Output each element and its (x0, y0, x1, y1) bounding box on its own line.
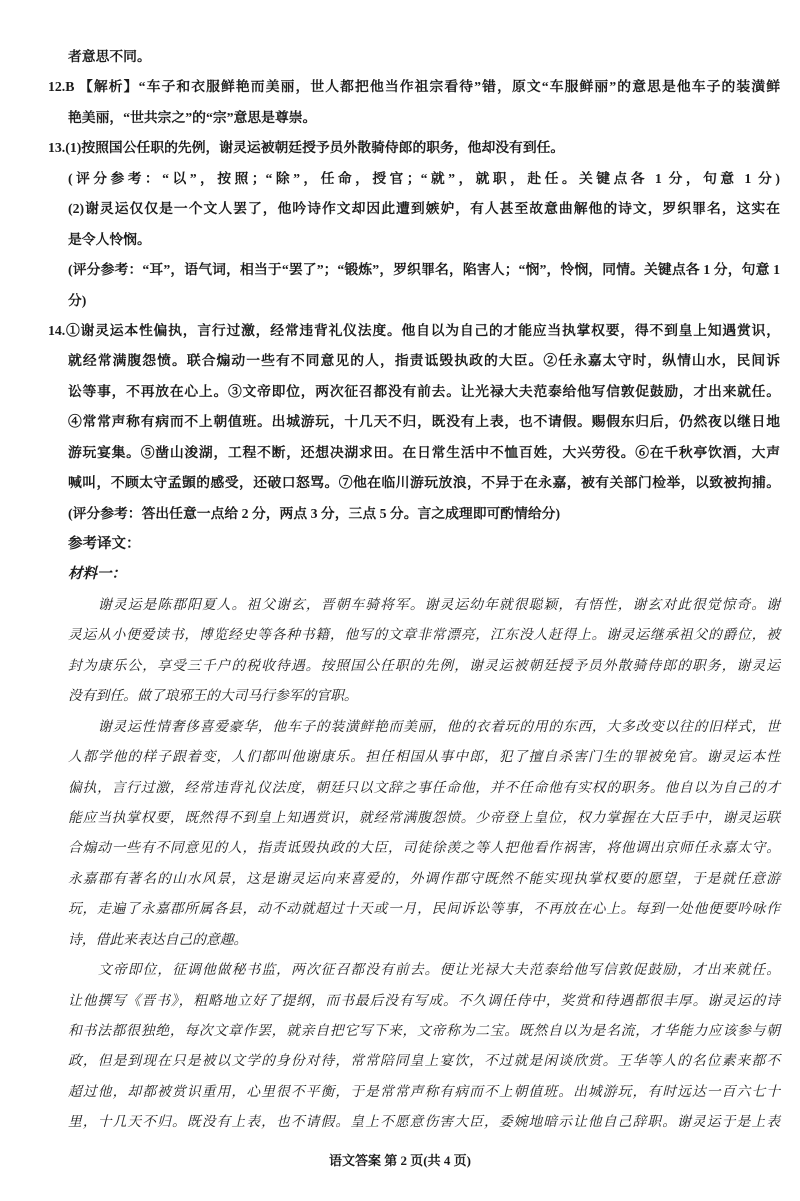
text-line: 玩，走遍了永嘉郡所属各县，动不动就超过十天或一月，民间诉讼等事，不再放在心上。每… (0, 894, 800, 924)
text-line: 政，但是到现在只是被以文学的身份对待，常常陪同皇上宴饮，不过就是闲谈欣赏。王华等… (0, 1046, 800, 1076)
bold-term: 【解析】 (79, 79, 139, 94)
text-line: 喊叫，不顾太守孟顗的感受，还破口怒骂。⑦他在临川游玩放浪，不异于在永嘉，被有关部… (0, 468, 800, 498)
text-line: 是令人怜悯。 (0, 225, 800, 255)
text-line: 游玩宴集。⑤凿山浚湖，工程不断，还想决湖求田。在日常生活中不恤百姓，大兴劳役。⑥… (0, 438, 800, 468)
text-line: 分) (0, 286, 800, 316)
text-line: 谢灵运性情奢侈喜爱豪华，他车子的装潢鲜艳而美丽，他的衣着玩的用的东西，大多改变以… (0, 712, 800, 742)
text-line: 文帝即位，征调他做秘书监，两次征召都没有前去。便让光禄大夫范泰给他写信敦促鼓励，… (0, 955, 800, 985)
text-line: (2)谢灵运仅仅是一个文人罢了，他吟诗作文却因此遭到嫉妒，有人甚至故意曲解他的诗… (0, 194, 800, 224)
text-line: 偏执，言行过激，经常违背礼仪法度，朝廷只以文辞之事任命他，并不任命他有实权的职务… (0, 773, 800, 803)
text-line: (评分参考：答出任意一点给 2 分，两点 3 分，三点 5 分。言之成理即可酌情… (0, 499, 800, 529)
text-line: 和书法都很独绝，每次文章作罢，就亲自把它写下来，文帝称为二宝。既然自以为是名流，… (0, 1016, 800, 1046)
text-line: 参考译文： (0, 529, 800, 559)
text-line: 谢灵运是陈郡阳夏人。祖父谢玄，晋朝车骑将军。谢灵运幼年就很聪颖，有悟性，谢玄对此… (0, 590, 800, 620)
text-line: 灵运从小便爱读书，博览经史等各种书籍，他写的文章非常漂亮，江东没人赶得上。谢灵运… (0, 620, 800, 650)
text-line: 超过他，却都被赏识重用，心里很不平衡，于是常常声称有病而不上朝值班。出城游玩，有… (0, 1077, 800, 1107)
text-line: 能应当执掌权要，既然得不到皇上知遇赏识，就经常满腹怨愤。少帝登上皇位，权力掌握在… (0, 803, 800, 833)
text-segment: “车子和衣服鲜艳而美丽，世人都把他当作祖宗看待”错，原文“车服鲜丽”的意思是他车… (139, 79, 780, 94)
text-line: (评分参考：“以”，按照；“除”，任命，授官；“就”，就职，赴任。关键点各 1 … (0, 164, 800, 194)
page-footer: 语文答案 第 2 页(共 4 页) (0, 1150, 800, 1169)
text-line: (评分参考：“耳”，语气词，相当于“罢了”；“锻炼”，罗织罪名，陷害人；“悯”，… (0, 255, 800, 285)
text-line: 封为康乐公，享受三千户的税收待遇。按照国公任职的先例，谢灵运被朝廷授予员外散骑侍… (0, 651, 800, 681)
text-line: 讼等事，不再放在心上。③文帝即位，两次征召都没有前去。让光禄大夫范泰给他写信敦促… (0, 377, 800, 407)
text-line: 材料一： (0, 559, 800, 589)
text-line: 14.①谢灵运本性偏执，言行过激，经常违背礼仪法度。他自以为自己的才能应当执掌权… (0, 316, 800, 346)
text-line: 就经常满腹怨愤。联合煽动一些有不同意见的人，指责诋毁执政的大臣。②任永嘉太守时，… (0, 346, 800, 376)
text-line: 里，十几天不归。既没有上表，也不请假。皇上不愿意伤害大臣，委婉地暗示让他自己辞职… (0, 1107, 800, 1137)
text-line: 12.B 【解析】“车子和衣服鲜艳而美丽，世人都把他当作祖宗看待”错，原文“车服… (0, 72, 800, 102)
text-line: ④常常声称有病而不上朝值班。出城游玩，十几天不归，既没有上表，也不请假。赐假东归… (0, 407, 800, 437)
text-line: 永嘉郡有著名的山水风景，这是谢灵运向来喜爱的，外调作郡守既然不能实现执掌权要的愿… (0, 864, 800, 894)
text-segment: 12.B (48, 79, 79, 94)
text-line: 让他撰写《晋书》，粗略地立好了提纲，而书最后没有写成。不久调任侍中，奖赏和待遇都… (0, 986, 800, 1016)
text-line: 者意思不同。 (0, 42, 800, 72)
text-line: 人都学他的样子跟着变，人们都叫他谢康乐。担任相国从事中郎，犯了擅自杀害门生的罪被… (0, 742, 800, 772)
document-body: 者意思不同。12.B 【解析】“车子和衣服鲜艳而美丽，世人都把他当作祖宗看待”错… (0, 42, 800, 1138)
exam-answer-page: 者意思不同。12.B 【解析】“车子和衣服鲜艳而美丽，世人都把他当作祖宗看待”错… (0, 0, 800, 1201)
text-line: 艳美丽，“世共宗之”的“宗”意思是尊崇。 (0, 103, 800, 133)
text-line: 诗，借此来表达自己的意趣。 (0, 925, 800, 955)
text-line: 合煽动一些有不同意见的人，指责诋毁执政的大臣，司徒徐羡之等人把他看作祸害，将他调… (0, 833, 800, 863)
text-line: 没有到任。做了琅邪王的大司马行参军的官职。 (0, 681, 800, 711)
text-line: 13.(1)按照国公任职的先例，谢灵运被朝廷授予员外散骑侍郎的职务，他却没有到任… (0, 133, 800, 163)
